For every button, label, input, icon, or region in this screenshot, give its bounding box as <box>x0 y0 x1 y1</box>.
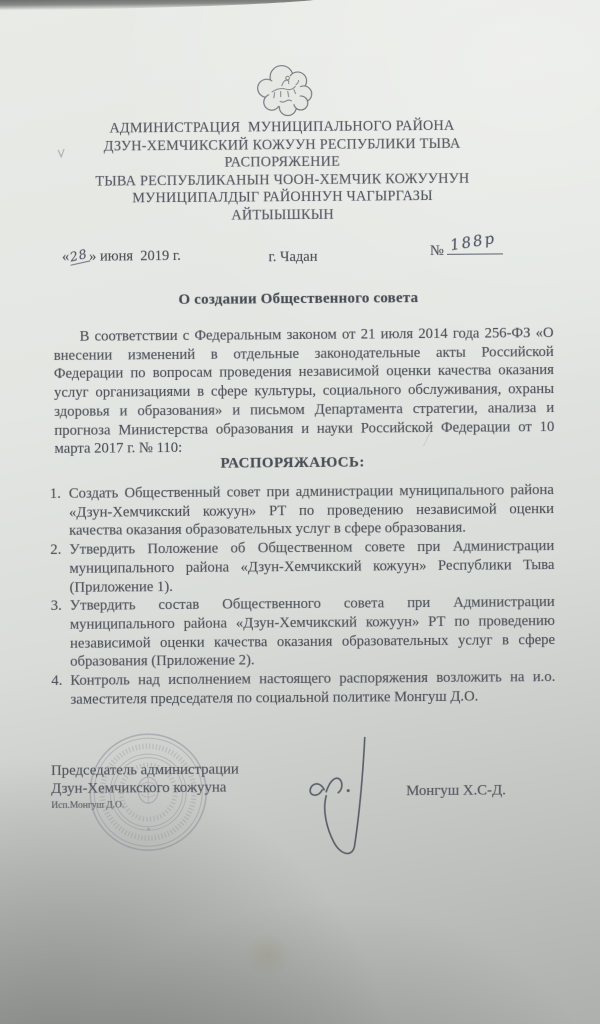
order-item-text: Контроль над исполнением настоящего расп… <box>70 668 555 709</box>
order-declaration: РАСПОРЯЖАЮСЬ: <box>0 453 586 475</box>
executor-note: Исп.Монгуш Д.О. <box>51 800 124 811</box>
month-year: июня 2019 г. <box>96 248 181 265</box>
paper-sheet: АДМИНИСТРАЦИЯ МУНИЦИПАЛЬНОГО РАЙОНА ДЗУН… <box>0 0 600 1024</box>
order-item-text: Утвердить Положение об Общественном сове… <box>69 537 554 597</box>
paper-stain <box>236 926 300 984</box>
preamble-paragraph: В соответствии с Федеральным законом от … <box>54 324 555 459</box>
order-item: 3. Утвердить состав Общественного совета… <box>51 593 556 672</box>
letterhead: АДМИНИСТРАЦИЯ МУНИЦИПАЛЬНОГО РАЙОНА ДЗУН… <box>0 117 568 227</box>
number-sign: № <box>430 243 444 259</box>
pen-tick-mark <box>55 147 69 161</box>
order-item-text: Утвердить состав Общественного совета пр… <box>70 593 556 672</box>
order-item-number: 3. <box>51 597 71 672</box>
handwritten-day: 28 <box>68 246 91 266</box>
crease-mark <box>419 424 437 448</box>
document-photo: АДМИНИСТРАЦИЯ МУНИЦИПАЛЬНОГО РАЙОНА ДЗУН… <box>0 0 600 1024</box>
signer-position-line2: Дзун-Хемчикского кожууна <box>51 780 226 798</box>
order-item-number: 1. <box>50 485 69 541</box>
signer-name: Монгуш Х.С-Д. <box>406 782 506 800</box>
order-item: 2. Утвердить Положение об Общественном с… <box>50 537 554 597</box>
order-item: 1. Создать Общественный совет при админи… <box>50 481 554 541</box>
signer-position-line1: Председатель администрации <box>51 761 239 779</box>
coat-of-arms-emblem-icon <box>254 64 316 118</box>
document-number-field: № 188р <box>430 239 504 260</box>
document-title: О создании Общественного совета <box>0 289 598 311</box>
number-underline: 188р <box>447 239 503 254</box>
document-type-tuvan: АЙТЫЫШКЫН <box>0 205 568 227</box>
handwritten-signature <box>302 731 383 870</box>
place-field: г. Чадан <box>248 249 338 267</box>
date-field: «28» июня 2019 г. <box>62 248 181 266</box>
order-item-text: Создать Общественный совет при администр… <box>69 481 554 541</box>
order-items-list: 1. Создать Общественный совет при админи… <box>50 481 556 709</box>
order-item-number: 2. <box>50 541 69 597</box>
order-item-number: 4. <box>51 672 70 710</box>
handwritten-number: 188р <box>449 229 498 254</box>
order-item: 4. Контроль над исполнением настоящего р… <box>51 668 555 709</box>
